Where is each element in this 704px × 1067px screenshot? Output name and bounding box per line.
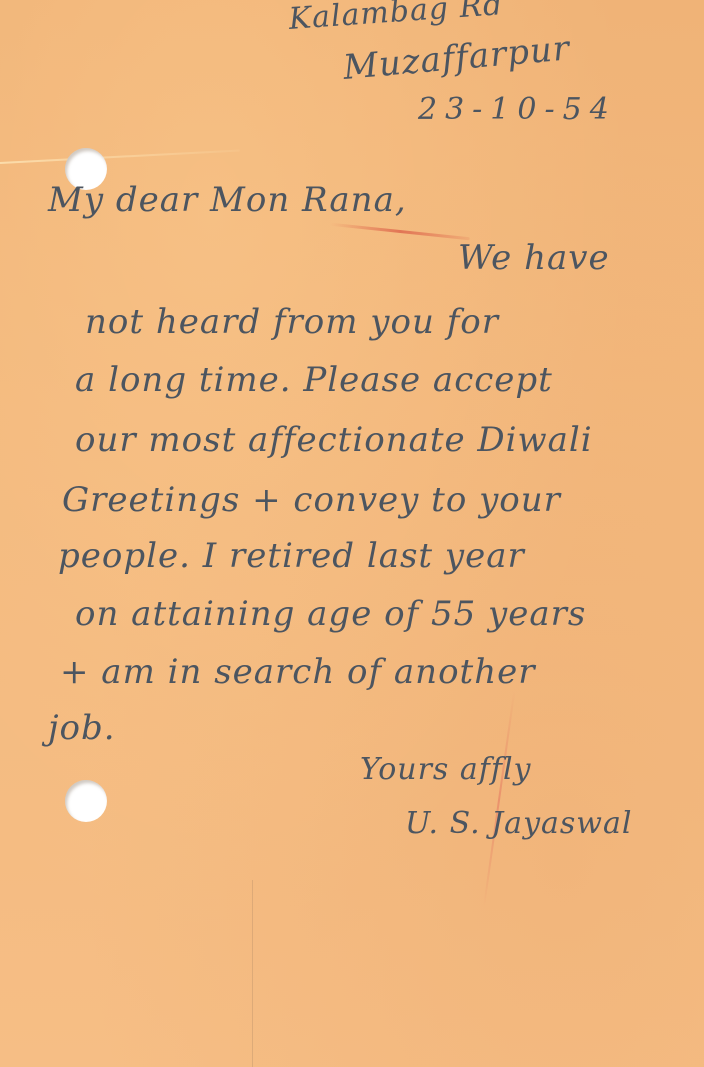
postcard: Kalambag Rd Muzaffarpur 23-10-54 My dear… <box>0 0 704 1067</box>
closing: Yours affly <box>360 752 532 787</box>
address-line-1: Kalambag Rd <box>288 0 505 37</box>
red-pencil-mark <box>330 223 470 241</box>
paper-fold-mark <box>252 880 253 1067</box>
letter-date: 23-10-54 <box>418 92 617 127</box>
body-line-5: Greetings + convey to your <box>62 480 561 520</box>
paper-crease <box>0 149 240 164</box>
body-line-6: people. I retired last year <box>58 536 525 576</box>
address-line-2: Muzaffarpur <box>342 28 572 88</box>
body-line-8: + am in search of another <box>60 652 535 692</box>
body-line-3: a long time. Please accept <box>75 360 553 400</box>
body-line-4: our most affectionate Diwali <box>75 420 593 460</box>
punch-hole-bottom <box>65 780 107 822</box>
body-line-7: on attaining age of 55 years <box>75 594 586 634</box>
body-line-2: not heard from you for <box>85 302 499 342</box>
body-line-1: We have <box>458 238 610 278</box>
body-line-9: job. <box>48 708 116 748</box>
signature: U. S. Jayaswal <box>405 806 632 841</box>
salutation: My dear Mon Rana, <box>48 180 407 220</box>
red-pencil-line <box>483 691 516 909</box>
